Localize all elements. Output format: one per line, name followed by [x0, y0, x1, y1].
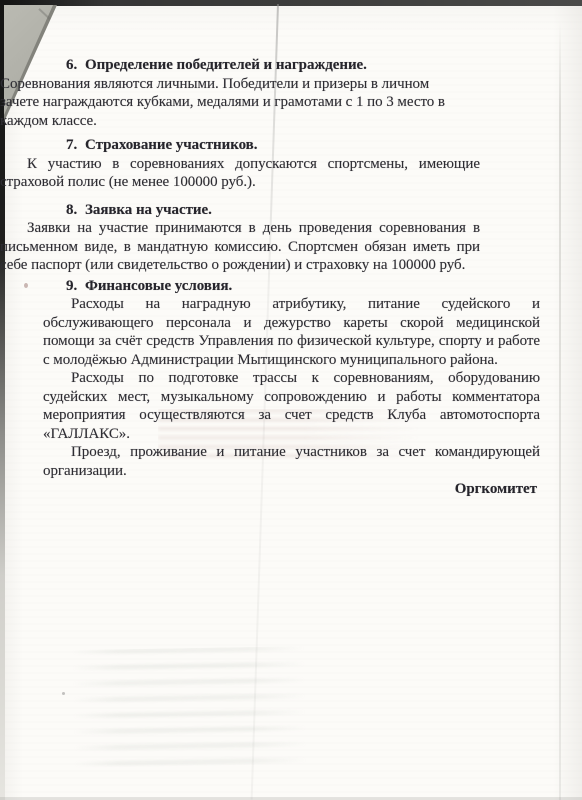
section-heading: 6. Определение победителей и награждение… [66, 56, 582, 75]
ink-bleed-through-lower [71, 646, 308, 768]
paper-speck [62, 692, 65, 695]
section-number: 9. [66, 277, 85, 296]
section-heading: 7. Страхование участников. [66, 136, 582, 155]
section-paragraph: Проезд, проживание и питание участников … [43, 443, 540, 480]
section-title: Заявка на участие. [85, 201, 212, 220]
section-paragraph: Расходы по подготовке трассы к соревнова… [43, 369, 540, 443]
section-heading: 8. Заявка на участие. [66, 201, 582, 220]
section-title: Страхование участников. [85, 136, 257, 155]
section-entry-application: 8. Заявка на участие. Заявки на участие … [0, 201, 582, 275]
section-number: 8. [66, 201, 85, 220]
section-heading: 9. Финансовые условия. [66, 277, 582, 296]
document-content: 6. Определение победителей и награждение… [0, 0, 582, 499]
section-paragraph: Соревнования являются личными. Победител… [0, 75, 462, 131]
section-body: Расходы на наградную атрибутику, питание… [0, 295, 582, 480]
section-financial-terms: 9. Финансовые условия. Расходы на наград… [0, 277, 582, 481]
section-paragraph: Расходы на наградную атрибутику, питание… [43, 295, 540, 369]
scanned-document-page: 6. Определение победителей и награждение… [0, 0, 582, 800]
section-paragraph: Заявки на участие принимаются в день про… [0, 219, 480, 275]
section-paragraph: К участию в соревнованиях допускаются сп… [0, 155, 480, 192]
section-number: 7. [66, 136, 85, 155]
section-winners-awards: 6. Определение победителей и награждение… [0, 56, 582, 130]
signature-orgcommittee: Оргкомитет [0, 480, 537, 499]
section-number: 6. [66, 56, 85, 75]
section-insurance: 7. Страхование участников. К участию в с… [0, 136, 582, 192]
section-title: Финансовые условия. [85, 277, 232, 296]
section-title: Определение победителей и награждение. [85, 56, 367, 75]
